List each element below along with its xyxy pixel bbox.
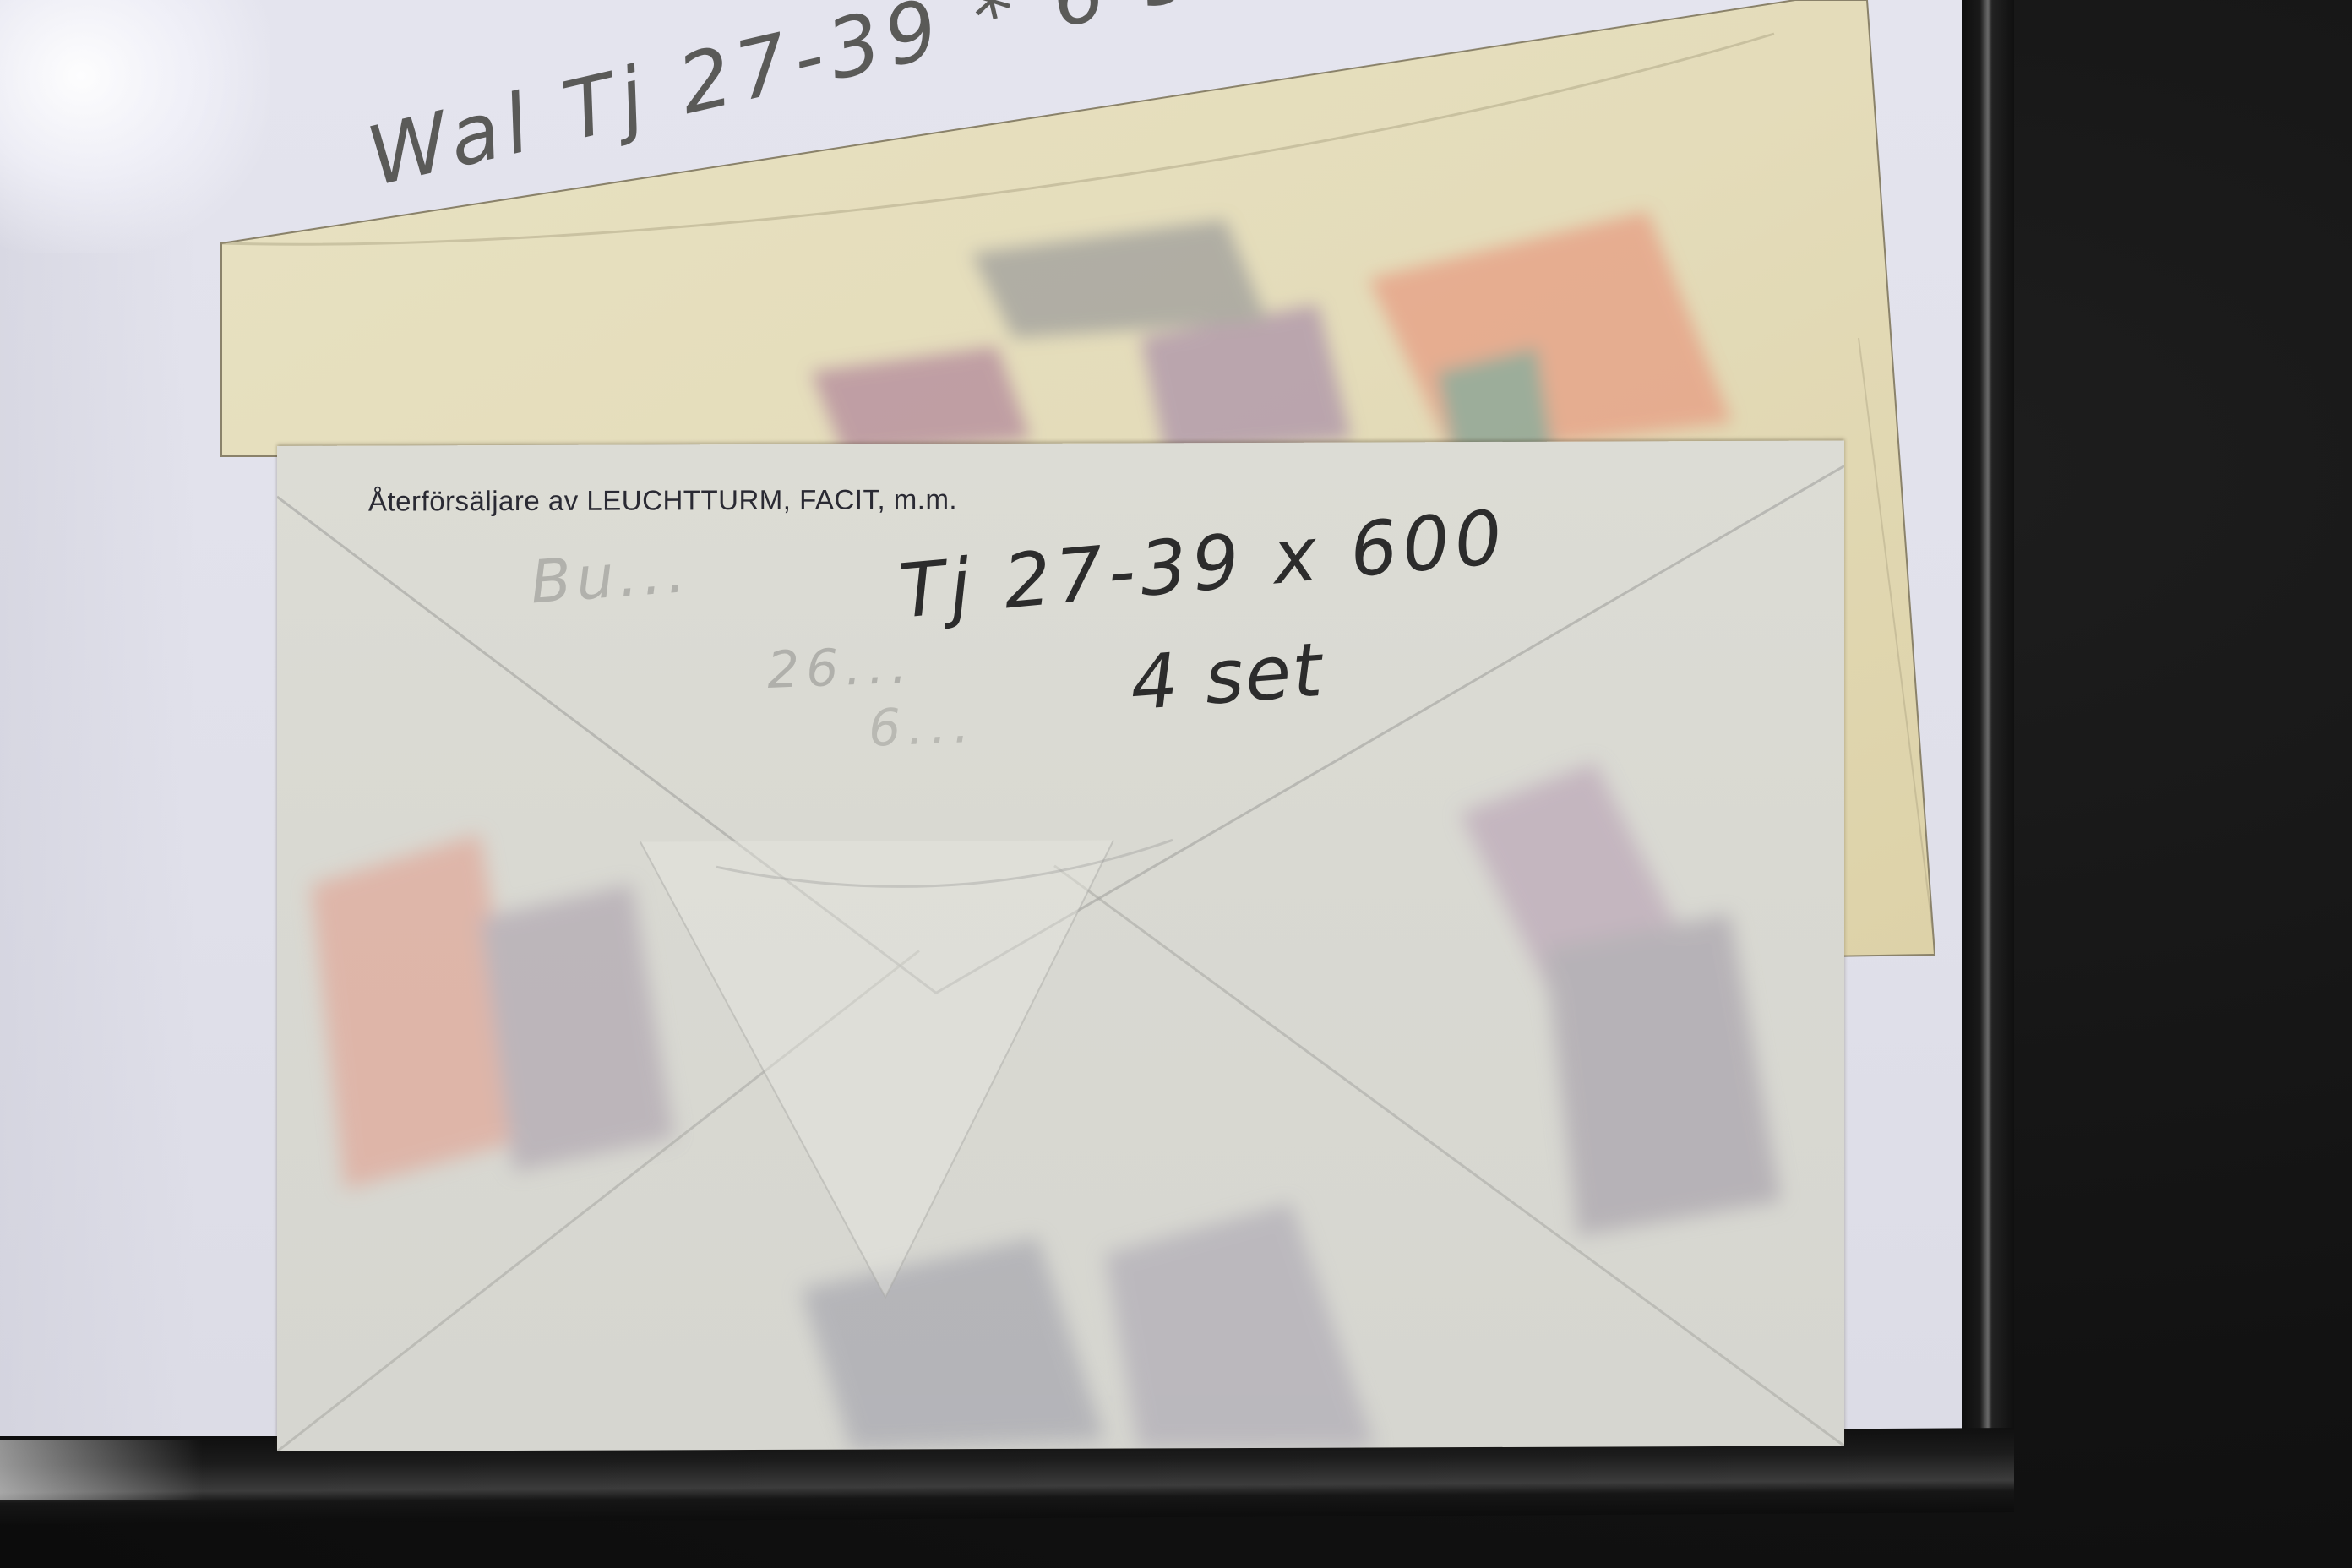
photo-scene: Wal Tj 27-39 * 6 set Återförsäljare — [0, 0, 2352, 1568]
handwritten-set-count: 4 set — [1128, 626, 1326, 727]
printed-dealer-header: Återförsäljare av LEUCHTTURM, FACIT, m.m… — [368, 483, 957, 517]
erased-note-1: Bu... — [528, 536, 692, 618]
erased-note-2: 26... — [766, 635, 915, 700]
front-envelope: Återförsäljare av LEUCHTTURM, FACIT, m.m… — [277, 441, 1844, 1451]
erased-note-3: 6... — [868, 695, 977, 759]
